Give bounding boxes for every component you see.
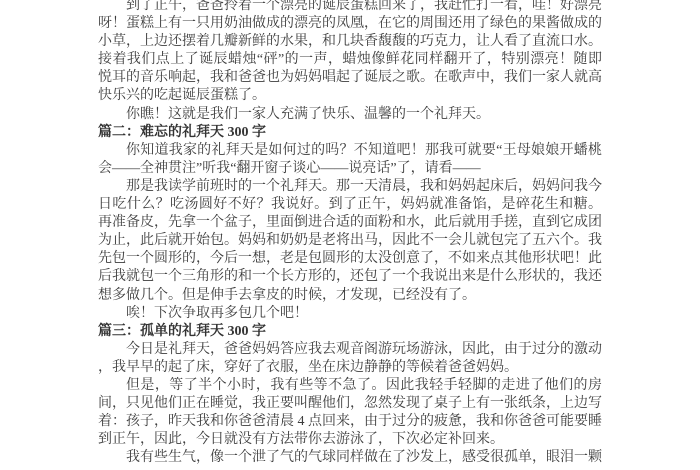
section-heading: 篇二：难忘的礼拜天 300 字 <box>98 124 602 142</box>
essay-text-block: 到了正午，爸爸拎着一个漂亮的诞辰蛋糕回来了，我赶忙打一看，哇！好漂亮呀！蛋糕上有… <box>98 0 602 467</box>
text-line: 但是，等了半个小时，我有些等不急了。因此我轻手轻脚的走进了他们的房 <box>98 377 602 395</box>
text-line: 今日是礼拜天，爸爸妈妈答应我去观音阁游玩场游泳，因此，由于过分的激动 <box>98 341 602 359</box>
text-line: 再准备皮，先拿一个盆子，里面倒进合适的面粉和水，此后就用手搓，直到它成团 <box>98 214 602 232</box>
text-line: 间，只见他们正在睡觉，我正要叫醒他们，忽然发现了桌子上有一张纸条，上边写 <box>98 395 602 413</box>
text-line: 快乐兴的吃起诞辰蛋糕了。 <box>98 87 602 105</box>
text-line: 后我就包一个三角形的和一个长方形的，还包了一个我说出来是什么形状的，我还 <box>98 268 602 286</box>
document-page: 到了正午，爸爸拎着一个漂亮的诞辰蛋糕回来了，我赶忙打一看，哇！好漂亮呀！蛋糕上有… <box>0 0 700 470</box>
text-line: 到了正午，爸爸拎着一个漂亮的诞辰蛋糕回来了，我赶忙打一看，哇！好漂亮 <box>98 0 602 15</box>
text-line: 日吃什么？吃汤圆好不好？我说好。到了正午，妈妈就准备馅，是碎花生和糖。 <box>98 196 602 214</box>
text-line: 为止，此后就开始包。妈妈和奶奶是老将出马，因此不一会儿就包完了五六个。我 <box>98 232 602 250</box>
text-line: 唉！下次争取再多包几个吧！ <box>98 305 602 323</box>
text-line: 小草，上边还摆着几瓣新鲜的水果，和几块香馥馥的巧克力，让人看了直流口水。 <box>98 33 602 51</box>
text-line: 接着我们点上了诞辰蜡烛“砰”的一声，蜡烛像鲜花同样翻开了，特别漂亮！随即 <box>98 51 602 69</box>
text-line: 到正午，因此，今日就没有方法带你去游泳了，下次必定补回来。 <box>98 431 602 449</box>
text-line: 想多做几个。但是伸手去拿皮的时候，才发现，已经没有了。 <box>98 287 602 305</box>
section-heading: 篇三：孤单的礼拜天 300 字 <box>98 323 602 341</box>
text-line: 那是我读学前班时的一个礼拜天。那一天清晨，我和妈妈起床后，妈妈问我今 <box>98 178 602 196</box>
text-line: 你瞧！这就是我们一家人充满了快乐、温馨的一个礼拜天。 <box>98 106 602 124</box>
text-line: 会——全神贯注”听我“翻开窗子谈心——说亮话”了，请看—— <box>98 160 602 178</box>
text-line: 你知道我家的礼拜天是如何过的吗？不知道吧！那我可就要“王母娘娘开蟠桃 <box>98 142 602 160</box>
text-line: 先包一个圆形的，今后一想，老是包圆形的太没创意了，不如来点其他形状吧！此 <box>98 250 602 268</box>
text-line: ，我早早的起了床，穿好了衣服，坐在床边静静的等候着爸爸妈妈。 <box>98 359 602 377</box>
text-line: 呀！蛋糕上有一只用奶油做成的漂亮的凤凰，在它的周围还用了绿色的果酱做成的 <box>98 15 602 33</box>
text-line: 着：孩子，昨天我和你爸爸清晨 4 点回来，由于过分的疲惫，我和你爸爸可能要睡 <box>98 413 602 431</box>
text-line: 悦耳的音乐响起，我和爸爸也为妈妈唱起了诞辰之歌。在歌声中，我们一家人就高 <box>98 69 602 87</box>
text-line: 我有些生气，像一个泄了气的气球同样做在了沙发上，感受很孤单，眼泪一颗 <box>98 449 602 467</box>
